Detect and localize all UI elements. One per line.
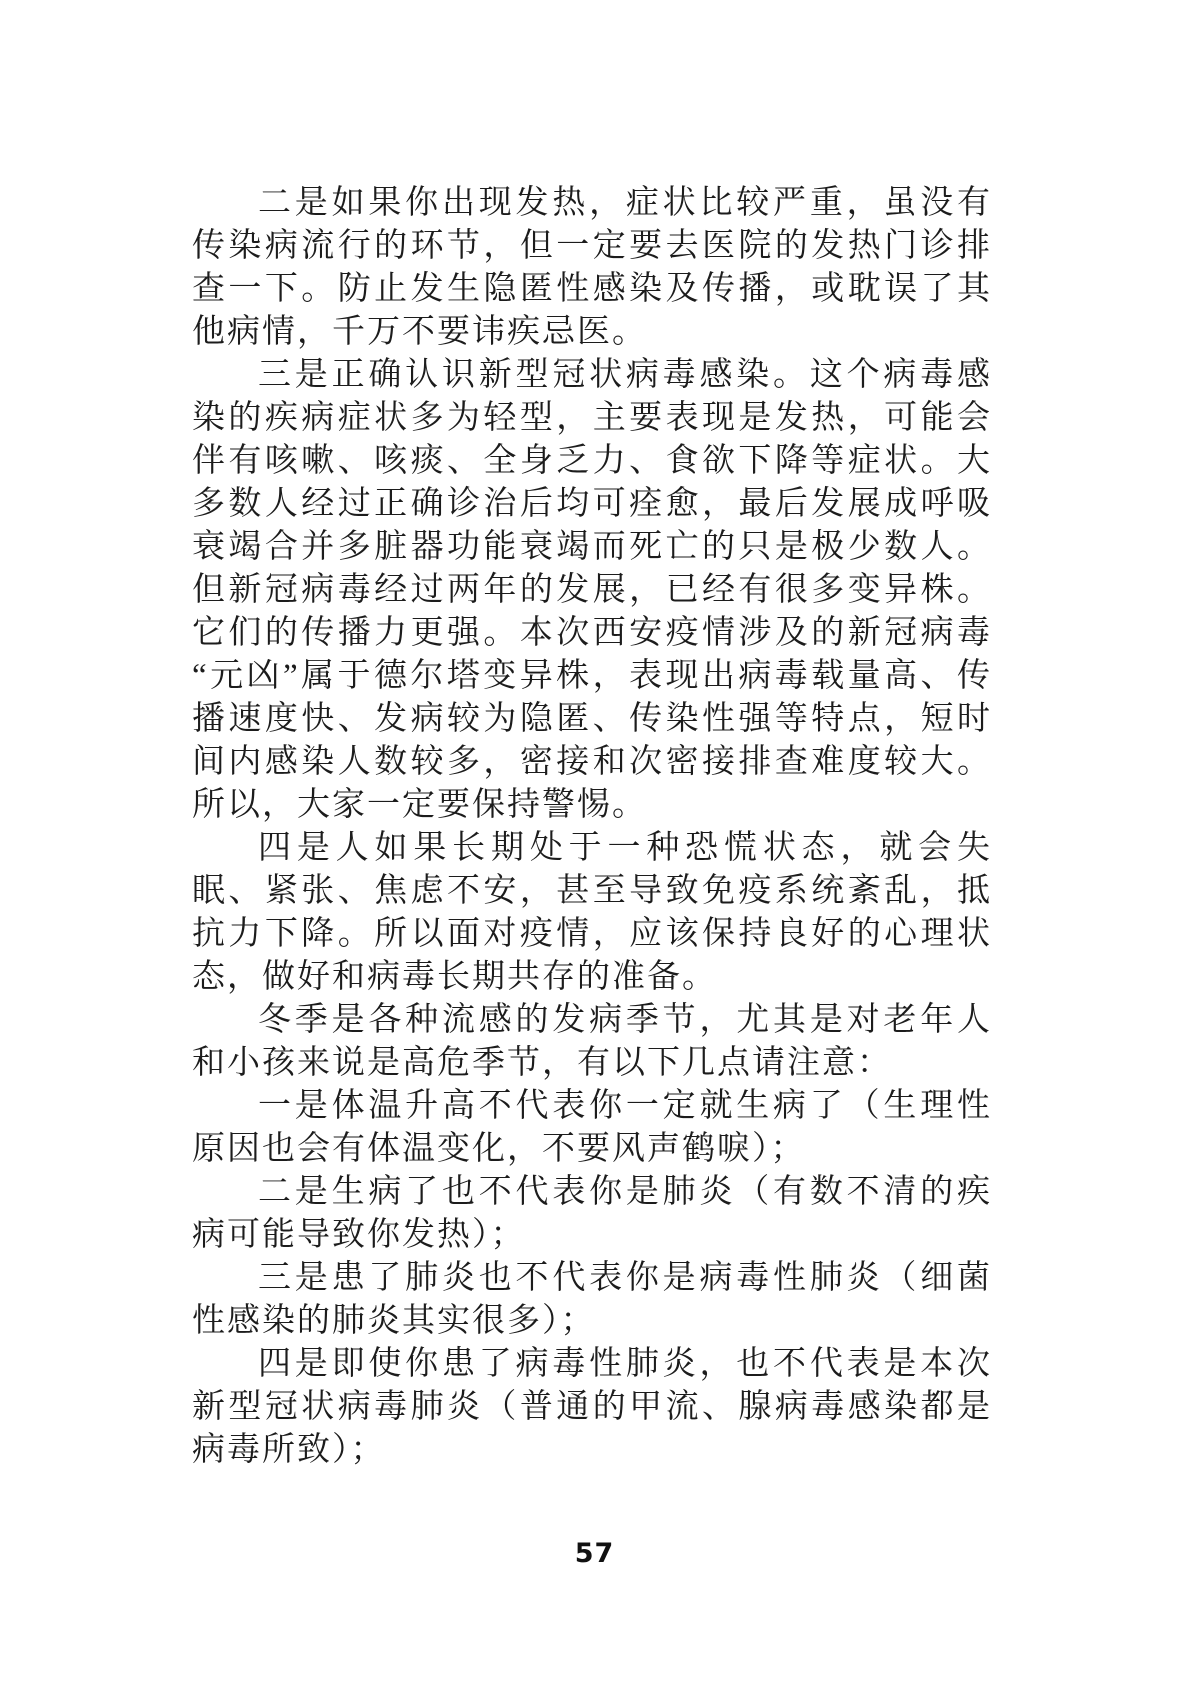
paragraph-note-three-pneumonia: 三是患了肺炎也不代表你是病毒性肺炎（细菌性感染的肺炎其实很多）； — [192, 1257, 992, 1343]
paragraph-note-two-illness: 二是生病了也不代表你是肺炎（有数不清的疾病可能导致你发热）； — [192, 1171, 992, 1257]
paragraph-point-three-understanding-covid: 三是正确认识新型冠状病毒感染。这个病毒感染的疾病症状多为轻型，主要表现是发热，可… — [192, 354, 992, 827]
scanned-book-page: 二是如果你出现发热，症状比较严重，虽没有传染病流行的环节，但一定要去医院的发热门… — [0, 0, 1189, 1701]
paragraph-winter-flu-season: 冬季是各种流感的发病季节，尤其是对老年人和小孩来说是高危季节，有以下几点请注意： — [192, 999, 992, 1085]
paragraph-note-four-viral-pneumonia: 四是即使你患了病毒性肺炎，也不代表是本次新型冠状病毒肺炎（普通的甲流、腺病毒感染… — [192, 1343, 992, 1472]
page-number: 57 — [0, 1538, 1189, 1569]
paragraph-note-one-temperature: 一是体温升高不代表你一定就生病了（生理性原因也会有体温变化，不要风声鹤唳）； — [192, 1085, 992, 1171]
body-text: 二是如果你出现发热，症状比较严重，虽没有传染病流行的环节，但一定要去医院的发热门… — [192, 182, 992, 1472]
paragraph-point-two-fever: 二是如果你出现发热，症状比较严重，虽没有传染病流行的环节，但一定要去医院的发热门… — [192, 182, 992, 354]
paragraph-point-four-panic-state: 四是人如果长期处于一种恐慌状态，就会失眠、紧张、焦虑不安，甚至导致免疫系统紊乱，… — [192, 827, 992, 999]
